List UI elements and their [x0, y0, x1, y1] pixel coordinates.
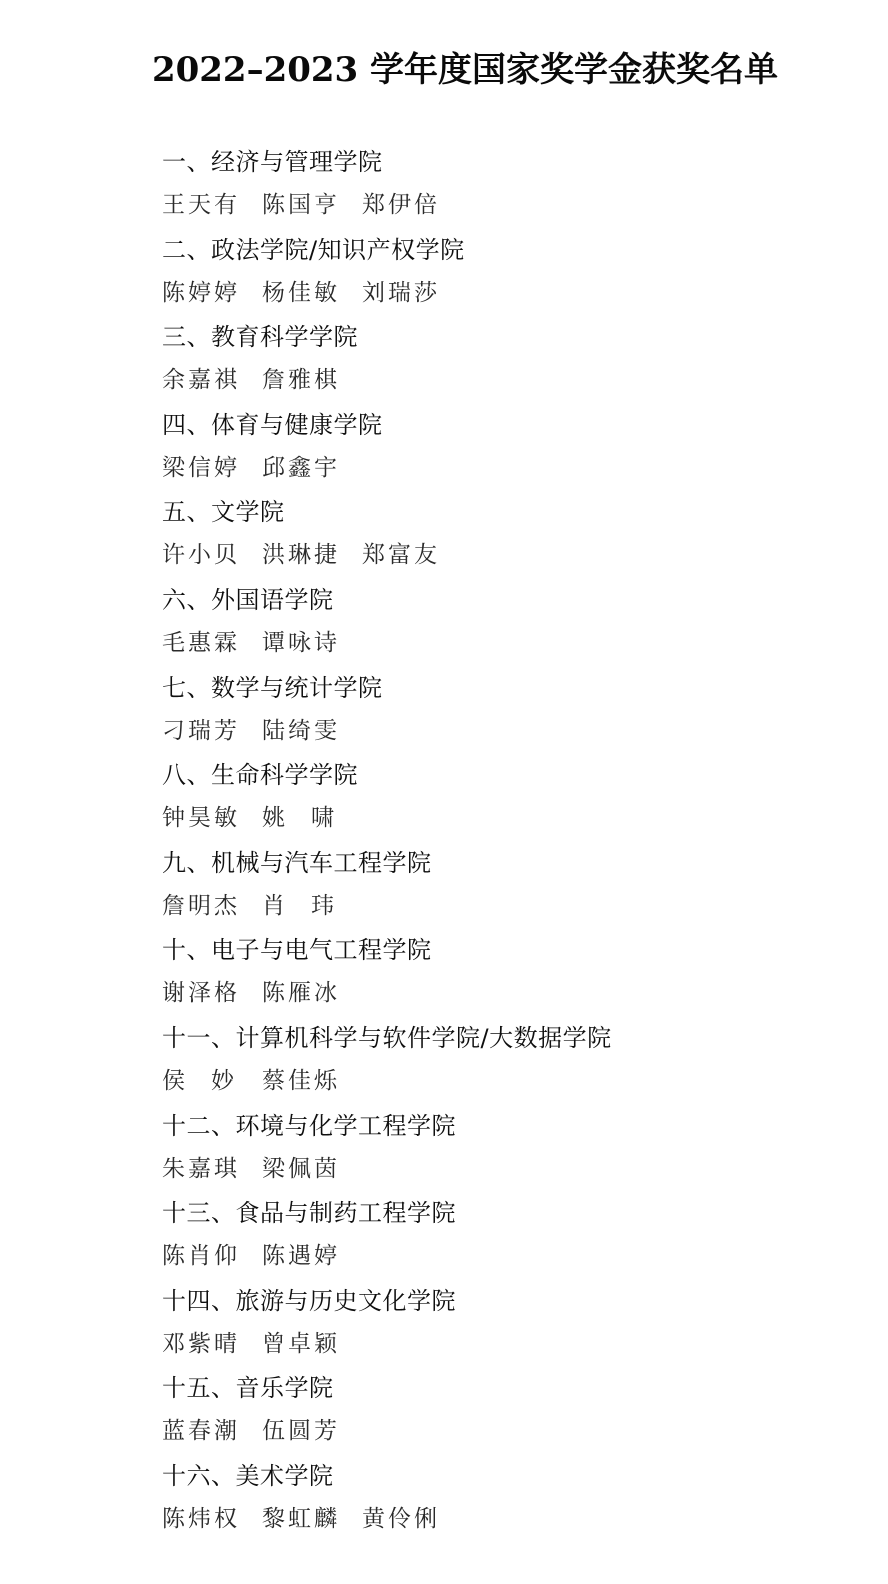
recipient-name: 许小贝	[162, 534, 262, 578]
recipient-name: 陆绮雯	[262, 710, 362, 754]
recipient-names: 余嘉祺詹雅棋	[162, 359, 862, 403]
recipient-name: 谭咏诗	[262, 622, 362, 666]
recipient-name: 邱鑫宇	[262, 447, 362, 491]
college-header: 十一、计算机科学与软件学院/大数据学院	[162, 1016, 862, 1060]
recipient-name: 毛惠霖	[162, 622, 262, 666]
college-section: 十三、食品与制药工程学院 陈肖仰陈遇婷	[162, 1191, 862, 1279]
recipient-names: 钟昊敏姚啸	[162, 797, 862, 841]
college-section: 十一、计算机科学与软件学院/大数据学院 侯妙蔡佳烁	[162, 1016, 862, 1104]
college-section: 六、外国语学院 毛惠霖谭咏诗	[162, 578, 862, 666]
recipient-name: 邓紫晴	[162, 1323, 262, 1367]
college-section: 一、经济与管理学院 王天有陈国亨郑伊倍	[162, 140, 862, 228]
college-section: 九、机械与汽车工程学院 詹明杰肖玮	[162, 841, 862, 929]
recipient-name: 陈遇婷	[262, 1235, 362, 1279]
college-section: 二、政法学院/知识产权学院 陈婷婷杨佳敏刘瑞莎	[162, 228, 862, 316]
recipient-name: 陈雁冰	[262, 972, 362, 1016]
award-list: 一、经济与管理学院 王天有陈国亨郑伊倍 二、政法学院/知识产权学院 陈婷婷杨佳敏…	[162, 140, 862, 1542]
recipient-names: 王天有陈国亨郑伊倍	[162, 184, 862, 228]
college-header: 十三、食品与制药工程学院	[162, 1191, 862, 1235]
college-section: 十五、音乐学院 蓝春潮伍圆芳	[162, 1366, 862, 1454]
recipient-name: 黄伶俐	[362, 1498, 462, 1542]
college-header: 十、电子与电气工程学院	[162, 928, 862, 972]
college-section: 五、文学院 许小贝洪琳捷郑富友	[162, 490, 862, 578]
college-section: 四、体育与健康学院 梁信婷邱鑫宇	[162, 403, 862, 491]
recipient-name: 谢泽格	[162, 972, 262, 1016]
recipient-name: 詹明杰	[162, 885, 262, 929]
college-header: 十二、环境与化学工程学院	[162, 1104, 862, 1148]
recipient-name: 郑伊倍	[362, 184, 462, 228]
recipient-name: 陈炜权	[162, 1498, 262, 1542]
recipient-name: 梁佩茵	[262, 1148, 362, 1192]
recipient-name: 刘瑞莎	[362, 272, 462, 316]
college-section: 十二、环境与化学工程学院 朱嘉琪梁佩茵	[162, 1104, 862, 1192]
college-header: 十五、音乐学院	[162, 1366, 862, 1410]
college-section: 三、教育科学学院 余嘉祺詹雅棋	[162, 315, 862, 403]
recipient-names: 毛惠霖谭咏诗	[162, 622, 862, 666]
recipient-name: 曾卓颖	[262, 1323, 362, 1367]
recipient-name: 刁瑞芳	[162, 710, 262, 754]
recipient-name: 陈国亨	[262, 184, 362, 228]
recipient-name: 钟昊敏	[162, 797, 262, 841]
recipient-name: 余嘉祺	[162, 359, 262, 403]
college-section: 七、数学与统计学院 刁瑞芳陆绮雯	[162, 666, 862, 754]
recipient-name: 杨佳敏	[262, 272, 362, 316]
recipient-names: 许小贝洪琳捷郑富友	[162, 534, 862, 578]
recipient-name: 洪琳捷	[262, 534, 362, 578]
college-section: 八、生命科学学院 钟昊敏姚啸	[162, 753, 862, 841]
recipient-name: 伍圆芳	[262, 1410, 362, 1454]
college-header: 六、外国语学院	[162, 578, 862, 622]
college-header: 一、经济与管理学院	[162, 140, 862, 184]
recipient-name: 梁信婷	[162, 447, 262, 491]
recipient-name: 肖玮	[262, 885, 362, 929]
college-header: 十四、旅游与历史文化学院	[162, 1279, 862, 1323]
recipient-names: 刁瑞芳陆绮雯	[162, 710, 862, 754]
recipient-name: 黎虹麟	[262, 1498, 362, 1542]
recipient-name: 侯妙	[162, 1060, 262, 1104]
college-header: 七、数学与统计学院	[162, 666, 862, 710]
college-header: 五、文学院	[162, 490, 862, 534]
recipient-names: 蓝春潮伍圆芳	[162, 1410, 862, 1454]
recipient-name: 蓝春潮	[162, 1410, 262, 1454]
college-header: 八、生命科学学院	[162, 753, 862, 797]
recipient-name: 陈肖仰	[162, 1235, 262, 1279]
recipient-names: 梁信婷邱鑫宇	[162, 447, 862, 491]
recipient-names: 谢泽格陈雁冰	[162, 972, 862, 1016]
college-header: 二、政法学院/知识产权学院	[162, 228, 862, 272]
college-section: 十六、美术学院 陈炜权黎虹麟黄伶俐	[162, 1454, 862, 1542]
recipient-names: 侯妙蔡佳烁	[162, 1060, 862, 1104]
document-title: 2022–2023 学年度国家奖学金获奖名单	[0, 44, 888, 96]
recipient-names: 陈肖仰陈遇婷	[162, 1235, 862, 1279]
recipient-name: 陈婷婷	[162, 272, 262, 316]
college-header: 九、机械与汽车工程学院	[162, 841, 862, 885]
college-header: 三、教育科学学院	[162, 315, 862, 359]
recipient-names: 邓紫晴曾卓颖	[162, 1323, 862, 1367]
college-header: 十六、美术学院	[162, 1454, 862, 1498]
recipient-names: 陈炜权黎虹麟黄伶俐	[162, 1498, 862, 1542]
recipient-names: 朱嘉琪梁佩茵	[162, 1148, 862, 1192]
recipient-names: 詹明杰肖玮	[162, 885, 862, 929]
recipient-name: 郑富友	[362, 534, 462, 578]
recipient-name: 朱嘉琪	[162, 1148, 262, 1192]
college-header: 四、体育与健康学院	[162, 403, 862, 447]
recipient-name: 詹雅棋	[262, 359, 362, 403]
college-section: 十、电子与电气工程学院 谢泽格陈雁冰	[162, 928, 862, 1016]
college-section: 十四、旅游与历史文化学院 邓紫晴曾卓颖	[162, 1279, 862, 1367]
recipient-names: 陈婷婷杨佳敏刘瑞莎	[162, 272, 862, 316]
recipient-name: 姚啸	[262, 797, 362, 841]
recipient-name: 王天有	[162, 184, 262, 228]
recipient-name: 蔡佳烁	[262, 1060, 362, 1104]
